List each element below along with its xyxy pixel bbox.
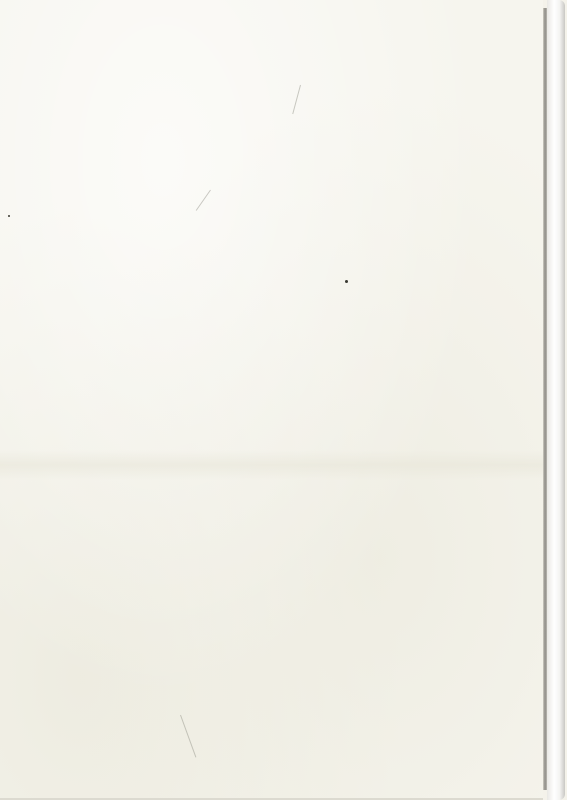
scratch [292,85,301,114]
speck [345,280,348,283]
book-cover [0,0,543,800]
scratch [180,715,196,758]
book-spine [547,0,565,800]
faint-band [0,450,543,480]
scratch [196,190,211,211]
speck [8,215,10,217]
